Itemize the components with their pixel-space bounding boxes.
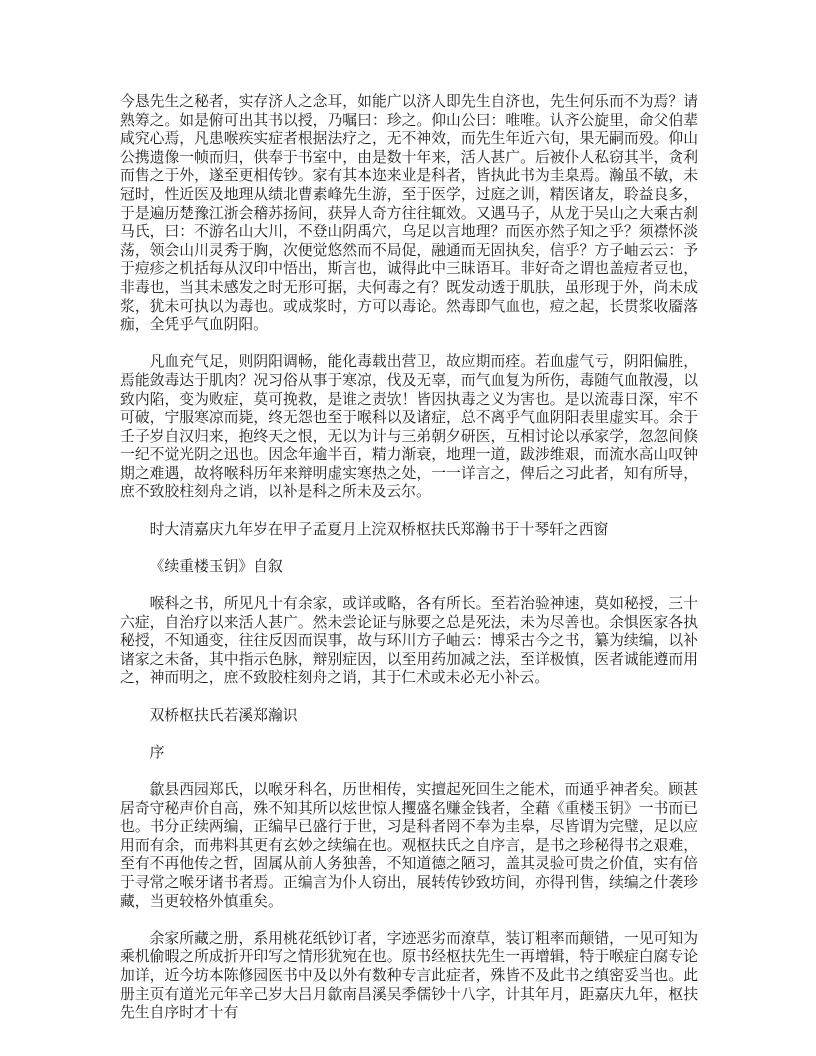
paragraph-shexian-zheng: 歙县西园郑氏，以喉牙科名，历世相传，实擅起死回生之能术，而通乎神者矣。顾甚居奇守… [120, 781, 698, 911]
signature-line: 双桥枢扶氏若溪郑瀚识 [120, 707, 698, 726]
document-page: 今恳先生之秘者，实存济人之念耳，如能广以济人即先生自济也，先生何乐而不为焉？请熟… [0, 0, 816, 1056]
document-body: 今恳先生之秘者，实存济人之念耳，如能广以济人即先生自济也，先生何乐而不为焉？请熟… [120, 93, 698, 1023]
paragraph-qi-xue: 凡血充气足，则阴阳调畅，能化毒载出营卫，故应期而痊。若血虚气亏，阴阳偏胜，焉能敛… [120, 353, 698, 502]
section-heading-zixu: 《续重楼玉钥》自叙 [120, 558, 698, 577]
paragraph-family-copy: 余家所藏之册，系用桃花纸钞订者，字迹恶劣而潦草，装订粗率而颠错，一见可知为乘机偷… [120, 930, 698, 1023]
section-heading-xu: 序 [120, 744, 698, 763]
date-line: 时大清嘉庆九年岁在甲子孟夏月上浣双桥枢扶氏郑瀚书于十琴轩之西窗 [120, 521, 698, 540]
paragraph-continuation: 今恳先生之秘者，实存济人之念耳，如能广以济人即先生自济也，先生何乐而不为焉？请熟… [120, 93, 698, 335]
paragraph-houke-books: 喉科之书，所见凡十有余家，或详或略，各有所长。至若治验神速，莫如秘授，三十六症，… [120, 595, 698, 688]
